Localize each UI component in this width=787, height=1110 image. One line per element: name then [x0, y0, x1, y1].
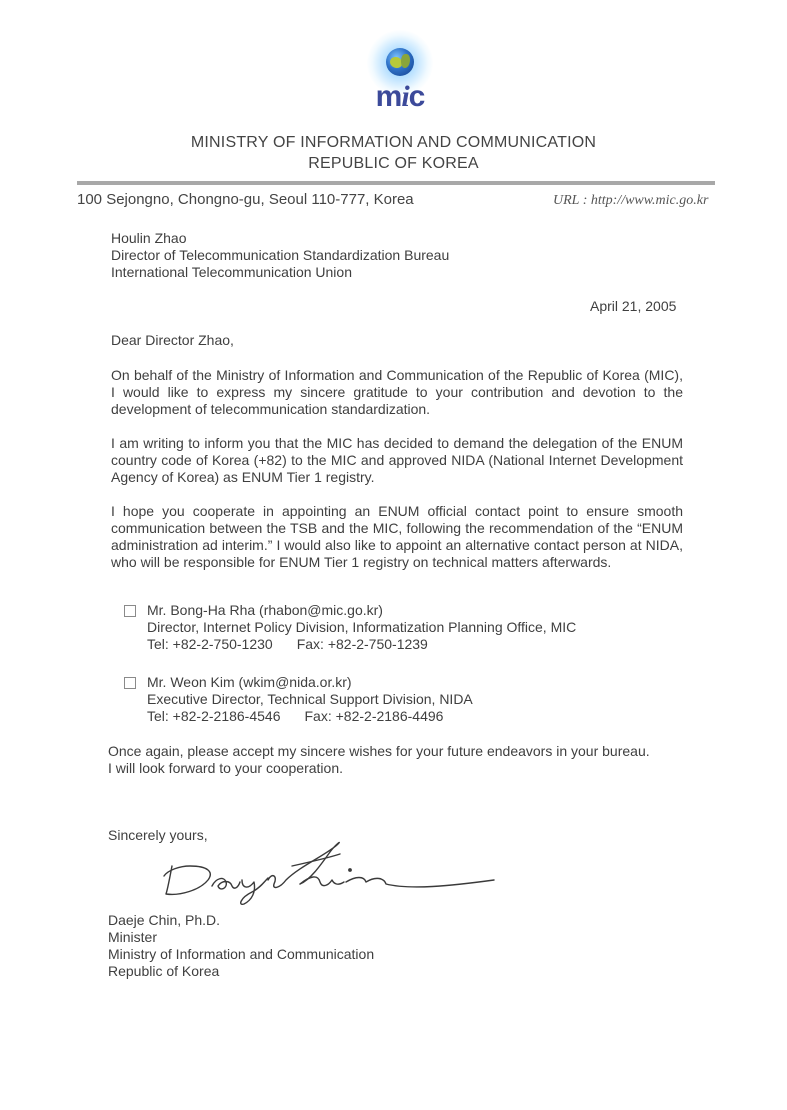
paragraph-gratitude: On behalf of the Ministry of Information… — [111, 367, 683, 418]
signature-icon — [160, 836, 500, 908]
mic-logo: mic — [355, 30, 445, 115]
contact-position: Executive Director, Technical Support Di… — [147, 691, 473, 708]
recipient-block: Houlin Zhao Director of Telecommunicatio… — [111, 230, 449, 281]
paragraph-contact-request: I hope you cooperate in appointing an EN… — [111, 503, 683, 571]
salutation: Dear Director Zhao, — [111, 332, 234, 349]
contact-fax: Fax: +82-2-2186-4496 — [305, 708, 444, 725]
contact-fax: Fax: +82-2-750-1239 — [297, 636, 428, 653]
contact-tel: Tel: +82-2-750-1230 — [147, 636, 273, 652]
logo-wordmark: mic — [357, 82, 443, 112]
contact-name: Mr. Weon Kim (wkim@nida.or.kr) — [147, 674, 473, 691]
contact-tel: Tel: +82-2-2186-4546 — [147, 708, 281, 724]
globe-icon — [386, 48, 414, 76]
checkbox-icon — [124, 677, 136, 689]
recipient-title: Director of Telecommunication Standardiz… — [111, 247, 449, 264]
checkbox-icon — [124, 605, 136, 617]
signer-country: Republic of Korea — [108, 963, 374, 980]
closing-paragraph: Once again, please accept my sincere wis… — [108, 743, 650, 777]
sender-address: 100 Sejongno, Chongno-gu, Seoul 110-777,… — [77, 191, 414, 208]
paragraph-enum-delegation: I am writing to inform you that the MIC … — [111, 435, 683, 486]
letterhead-divider — [77, 181, 715, 185]
contact-name: Mr. Bong-Ha Rha (rhabon@mic.go.kr) — [147, 602, 576, 619]
recipient-organization: International Telecommunication Union — [111, 264, 449, 281]
closing-line-2: I will look forward to your cooperation. — [108, 760, 650, 777]
signer-block: Daeje Chin, Ph.D. Minister Ministry of I… — [108, 912, 374, 980]
closing-line-1: Once again, please accept my sincere wis… — [108, 743, 650, 760]
organization-country: REPUBLIC OF KOREA — [0, 155, 787, 173]
recipient-name: Houlin Zhao — [111, 230, 449, 247]
letter-date: April 21, 2005 — [590, 298, 676, 315]
signer-name: Daeje Chin, Ph.D. — [108, 912, 374, 929]
sender-url: URL : http://www.mic.go.kr — [553, 193, 708, 209]
contact-position: Director, Internet Policy Division, Info… — [147, 619, 576, 636]
signer-organization: Ministry of Information and Communicatio… — [108, 946, 374, 963]
signer-title: Minister — [108, 929, 374, 946]
organization-name: MINISTRY OF INFORMATION AND COMMUNICATIO… — [0, 134, 787, 152]
